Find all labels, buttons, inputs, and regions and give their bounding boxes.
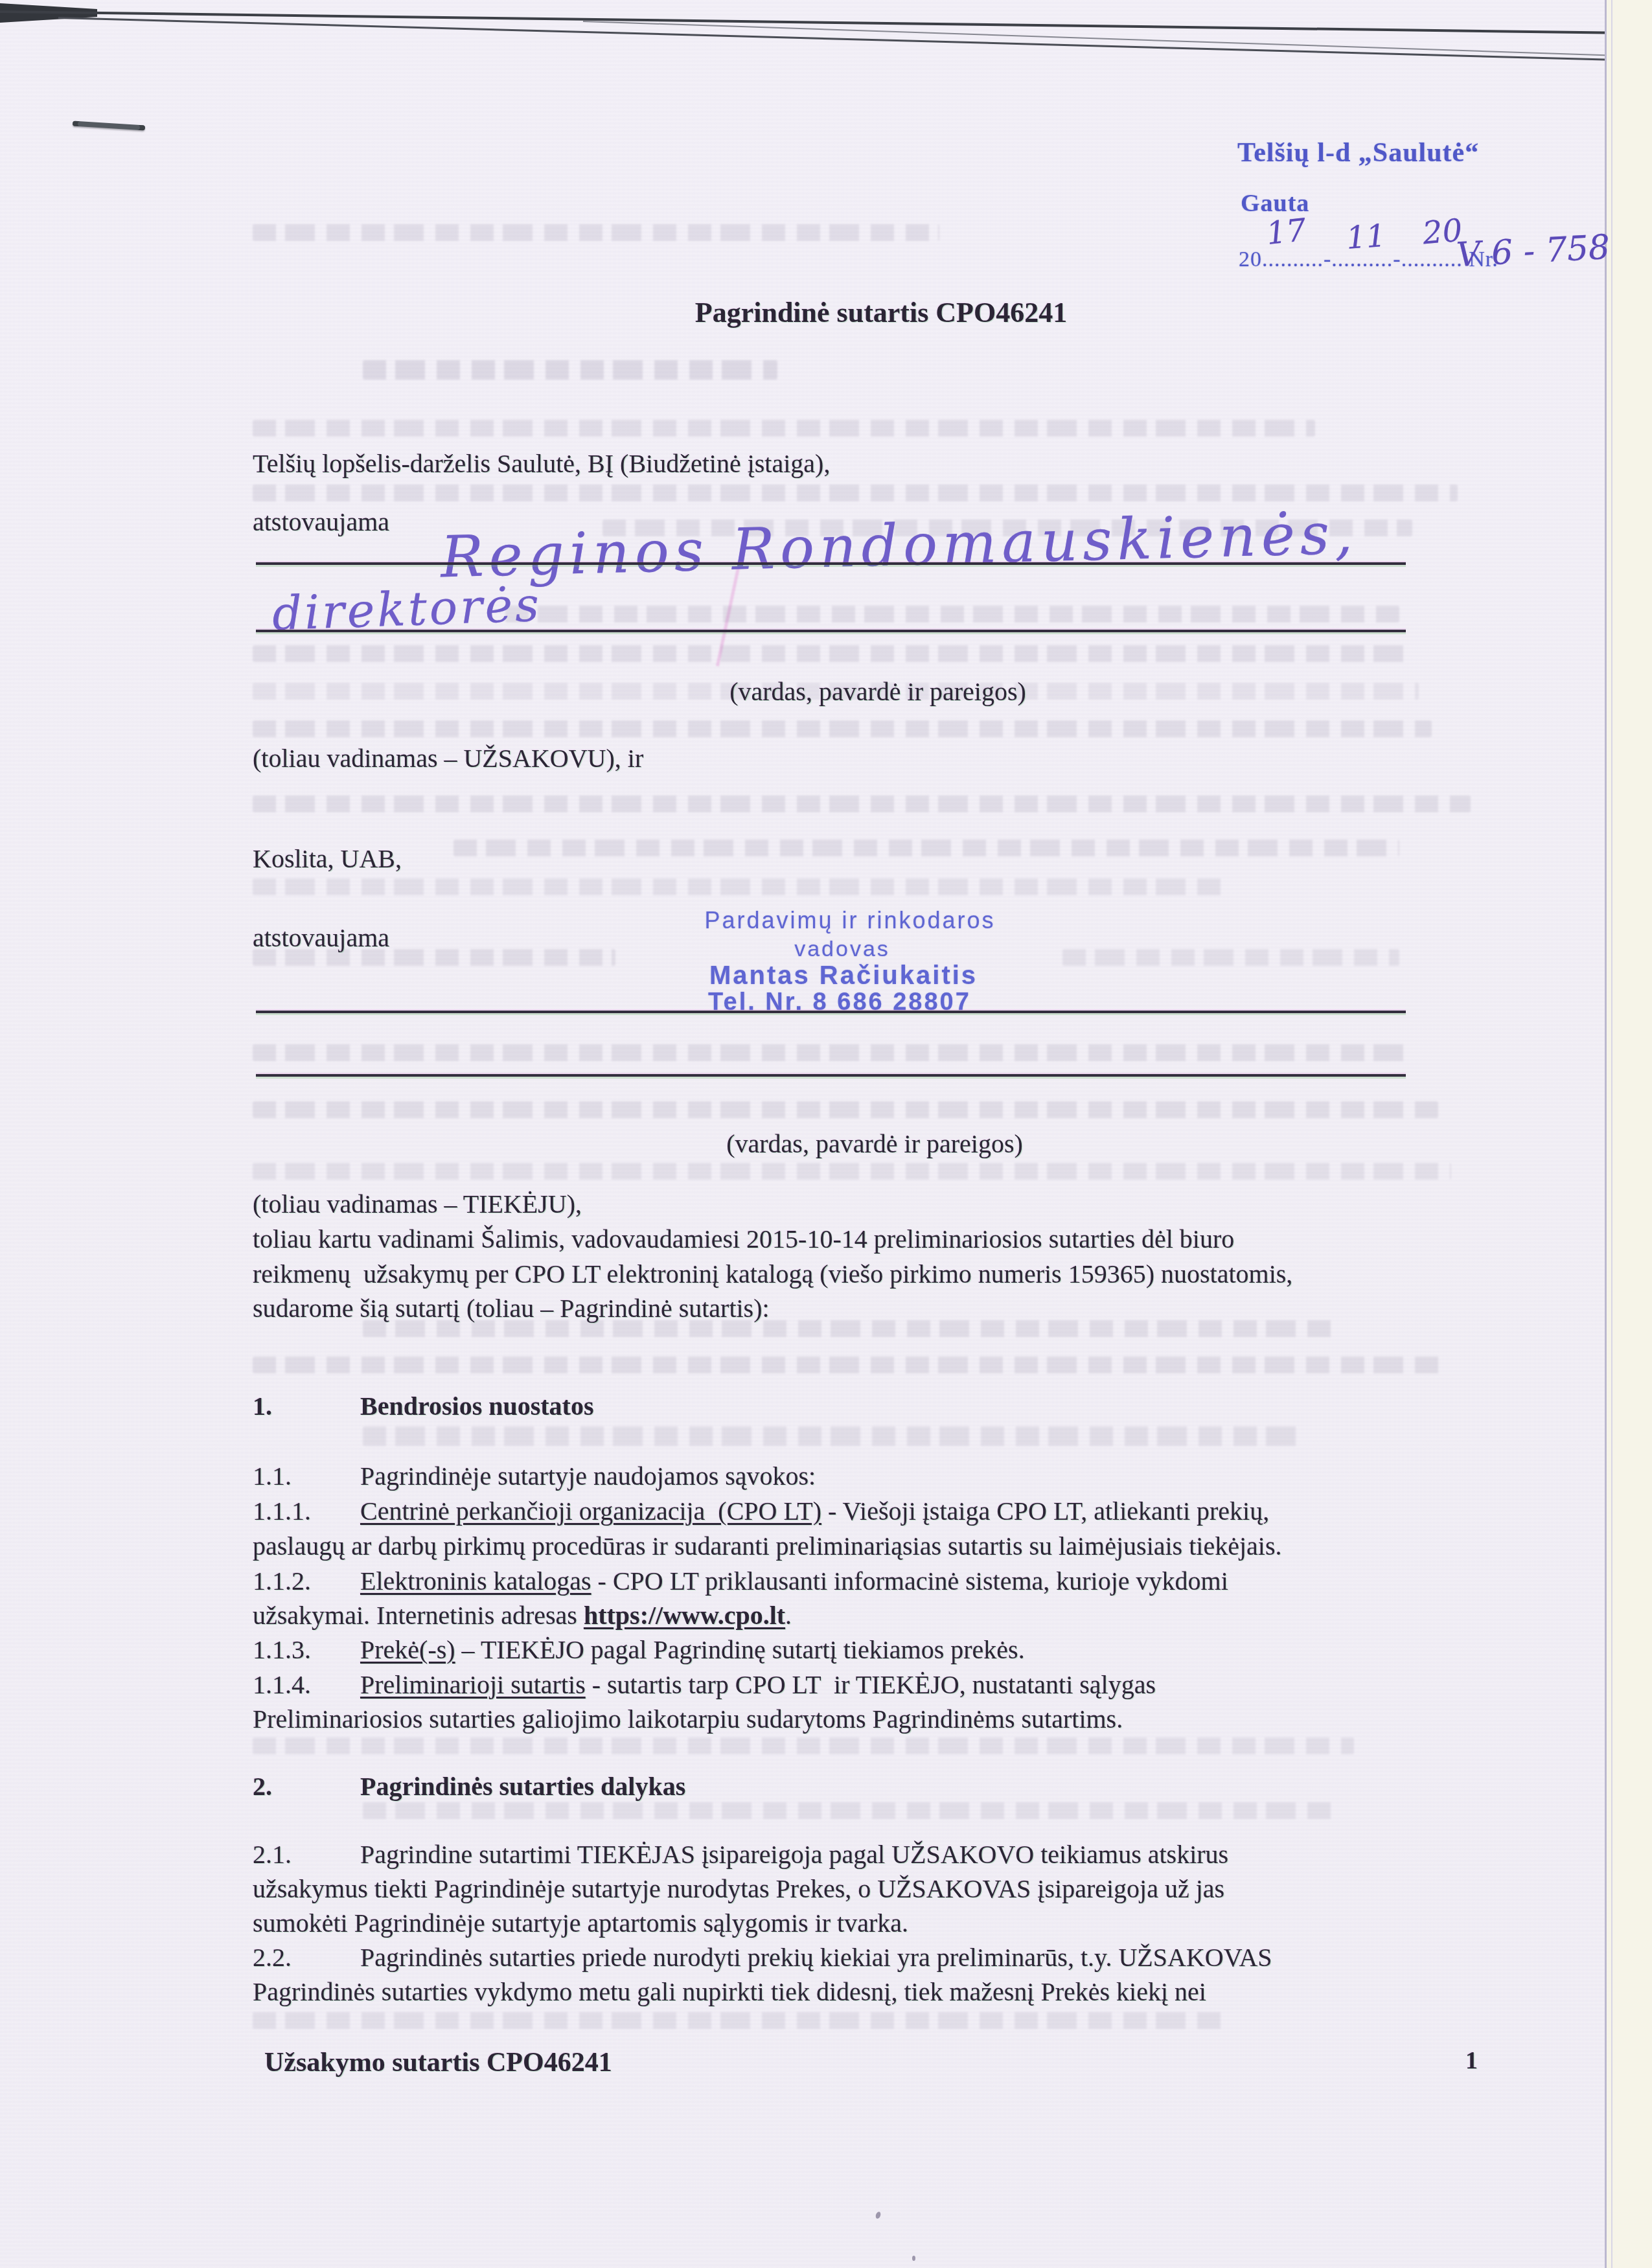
bleed-through-line: [253, 1163, 1451, 1180]
clause-number: 1.1.2.: [253, 1566, 360, 1596]
receipt-stamp-org: Telšių l-d „Saulutė“: [1237, 137, 1479, 168]
clause-1-1: 1.1.Pagrindinėje sutartyje naudojamos są…: [253, 1461, 816, 1491]
bleed-through-line: [253, 2012, 1224, 2029]
supplier-name: Koslita, UAB,: [253, 844, 402, 874]
section-1-heading: 1.Bendrosios nuostatos: [253, 1392, 593, 1421]
bleed-through-line: [1062, 949, 1399, 966]
buyer-name: Telšių lopšelis-darželis Saulutė, BĮ (Bi…: [253, 449, 830, 479]
preamble-line: reikmenų užsakymų per CPO LT elektroninį…: [253, 1259, 1292, 1289]
preamble-line: sudarome šią sutartį (toliau – Pagrindin…: [253, 1294, 770, 1323]
clause-1-1-1: 1.1.1.Centrinė perkančioji organizacija …: [253, 1496, 1269, 1526]
clause-1-1-3: 1.1.3.Prekė(-s) – TIEKĖJO pagal Pagrindi…: [253, 1635, 1025, 1665]
defined-term: Preliminarioji sutartis: [360, 1670, 586, 1699]
footer-document-id: Užsakymo sutartis CPO46241: [264, 2047, 612, 2078]
page-number: 1: [1465, 2047, 1478, 2076]
bleed-through-line: [363, 1802, 1335, 1819]
clause-1-1-2: 1.1.2.Elektroninis katalogas - CPO LT pr…: [253, 1566, 1228, 1596]
signature-rule: [256, 1074, 1406, 1077]
bleed-through-line: [253, 878, 1224, 895]
section-2-number: 2.: [253, 1772, 360, 1802]
bleed-through-line: [253, 420, 1315, 437]
clause-1-1-2-continuation: užsakymai. Internetinis adresas https://…: [253, 1601, 792, 1631]
clause-number: 1.1.1.: [253, 1496, 360, 1526]
defined-term: Prekė(-s): [360, 1635, 455, 1664]
clause-text: Pagrindine sutartimi TIEKĖJAS įsipareigo…: [360, 1840, 1228, 1869]
bleed-through-line: [253, 645, 1412, 662]
buyer-alias-line: (toliau vadinamas – UŽSAKOVU), ir: [253, 744, 643, 773]
signature-rule: [256, 630, 1406, 632]
bleed-through-line: [253, 485, 1458, 501]
defined-term: Elektroninis katalogas: [360, 1566, 591, 1596]
buyer-signature-caption: (vardas, pavardė ir pareigos): [729, 677, 1026, 707]
clause-2-1: 2.1.Pagrindine sutartimi TIEKĖJAS įsipar…: [253, 1840, 1228, 1870]
clause-2-2: 2.2.Pagrindinės sutarties priede nurodyt…: [253, 1943, 1272, 1973]
clause-text: užsakymai. Internetinis adresas: [253, 1601, 584, 1630]
bleed-through-line: [363, 360, 777, 380]
catalog-url: https://www.cpo.lt: [584, 1601, 785, 1630]
bleed-through-line: [363, 1426, 1302, 1446]
clause-text: - CPO LT priklausanti informacinė sistem…: [591, 1566, 1228, 1596]
bleed-through-line: [253, 224, 939, 241]
clause-text: Pagrindinės sutarties priede nurodyti pr…: [360, 1943, 1272, 1972]
bleed-through-line: [253, 1044, 1406, 1061]
clause-2-1-continuation: sumokėti Pagrindinėje sutartyje aptartom…: [253, 1908, 908, 1938]
clause-text: - Viešoji įstaiga CPO LT, atliekanti pre…: [821, 1496, 1269, 1526]
paper-right-edge-inner: [1611, 0, 1612, 2268]
supplier-stamp-person-name: Mantas Račiukaitis: [709, 961, 978, 991]
bleed-through-line: [253, 796, 1471, 812]
supplier-stamp-role-line1: Pardavimų ir rinkodaros: [704, 907, 995, 934]
defined-term: Centrinė perkančioji organizacija (CPO L…: [360, 1496, 821, 1526]
clause-1-1-1-continuation: paslaugų ar darbų pirkimų procedūras ir …: [253, 1531, 1281, 1561]
clause-2-1-continuation: užsakymus tiekti Pagrindinėje sutartyje …: [253, 1874, 1224, 1904]
section-2-heading-text: Pagrindinės sutarties dalykas: [360, 1772, 685, 1801]
clause-text: - sutartis tarp CPO LT ir TIEKĖJO, nusta…: [586, 1670, 1156, 1699]
supplier-signature-caption: (vardas, pavardė ir pareigos): [726, 1129, 1023, 1159]
bleed-through-line: [253, 720, 1432, 737]
clause-text: Pagrindinėje sutartyje naudojamos sąvoko…: [360, 1461, 816, 1491]
buyer-represented-label: atstovaujama: [253, 507, 389, 537]
clause-number: 2.2.: [253, 1943, 360, 1973]
scanned-contract-page: Telšių l-d „Saulutė“ Gauta 20..........-…: [0, 0, 1652, 2268]
bleed-through-line: [253, 1737, 1354, 1754]
supplier-stamp-role-line2: vadovas: [794, 937, 890, 962]
clause-text: – TIEKĖJO pagal Pagrindinę sutartį tieki…: [455, 1635, 1025, 1664]
section-2-heading: 2.Pagrindinės sutarties dalykas: [253, 1772, 685, 1802]
section-1-heading-text: Bendrosios nuostatos: [360, 1392, 593, 1421]
clause-text: .: [785, 1601, 792, 1630]
clause-number: 2.1.: [253, 1840, 360, 1870]
handwritten-registration-number: V 6 - 758: [1456, 228, 1611, 275]
clause-number: 1.1.3.: [253, 1635, 360, 1665]
bleed-through-line: [253, 1357, 1445, 1373]
handwritten-month: 11: [1345, 218, 1387, 257]
ink-speck: [912, 2256, 915, 2261]
bleed-through-line: [453, 840, 1399, 856]
clause-1-1-4: 1.1.4.Preliminarioji sutartis - sutartis…: [253, 1670, 1156, 1700]
handwritten-day: 17: [1265, 212, 1308, 252]
preamble-line: toliau kartu vadinami Šalimis, vadovauda…: [253, 1224, 1234, 1254]
supplier-represented-label: atstovaujama: [253, 923, 389, 953]
supplier-alias-line: (toliau vadinamas – TIEKĖJU),: [253, 1189, 582, 1219]
paper-right-edge: [1605, 0, 1607, 2268]
bleed-through-line: [253, 1101, 1438, 1118]
clause-2-2-continuation: Pagrindinės sutarties vykdymo metu gali …: [253, 1977, 1206, 2007]
clause-number: 1.1.4.: [253, 1670, 360, 1700]
bleed-through-line: [505, 606, 1399, 623]
clause-1-1-4-continuation: Preliminariosios sutarties galiojimo lai…: [253, 1704, 1123, 1734]
signature-rule: [256, 1011, 1406, 1013]
signature-rule: [256, 562, 1406, 565]
section-1-number: 1.: [253, 1392, 360, 1421]
clause-number: 1.1.: [253, 1461, 360, 1491]
document-title: Pagrindinė sutartis CPO46241: [695, 297, 1067, 330]
